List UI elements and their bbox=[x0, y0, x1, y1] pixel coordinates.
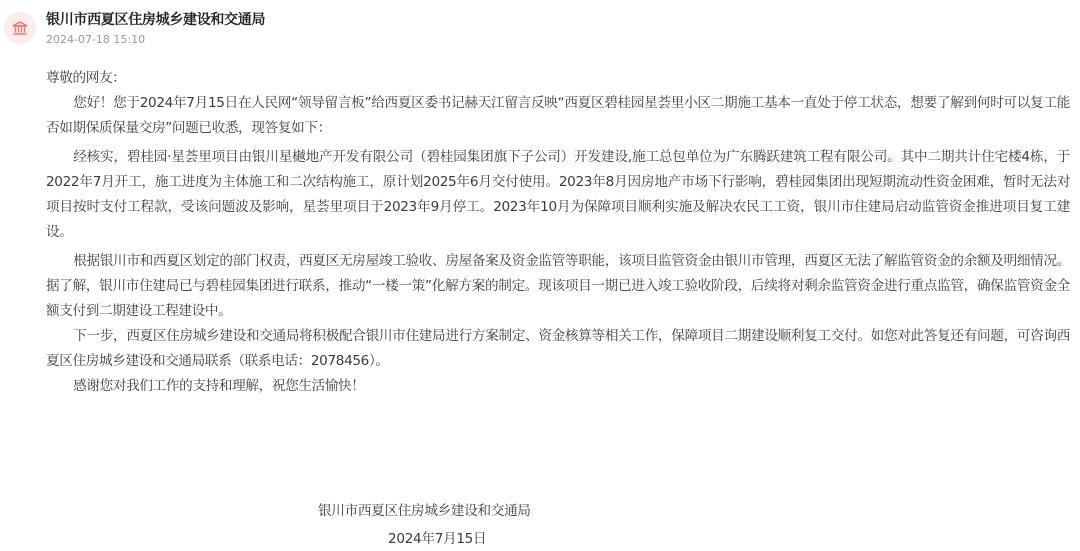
post-timestamp: 2024-07-18 15:10 bbox=[46, 32, 265, 48]
signature-block: 银川市西夏区住房城乡建设和交通局 2024年7月15日 bbox=[318, 497, 531, 551]
salutation: 尊敬的网友： bbox=[46, 66, 1070, 91]
avatar[interactable] bbox=[4, 12, 36, 44]
reply-paragraph: 经核实，碧桂园·星荟里项目由银川星樾地产开发有限公司（碧桂园集团旗下子公司）开发… bbox=[46, 145, 1070, 245]
reply-paragraph: 下一步，西夏区住房城乡建设和交通局将积极配合银川市住建局进行方案制定、资金核算等… bbox=[46, 324, 1070, 374]
signature-org: 银川市西夏区住房城乡建设和交通局 bbox=[318, 497, 531, 525]
reply-paragraph: 您好！您于2024年7月15日在人民网“领导留言板”给西夏区委书记赫天江留言反映… bbox=[46, 91, 1070, 141]
reply-paragraph: 感谢您对我们工作的支持和理解，祝您生活愉快！ bbox=[46, 374, 1070, 399]
signature-date: 2024年7月15日 bbox=[318, 525, 531, 551]
government-building-icon bbox=[11, 19, 29, 37]
reply-body: 尊敬的网友： 您好！您于2024年7月15日在人民网“领导留言板”给西夏区委书记… bbox=[46, 66, 1070, 399]
reply-header: 银川市西夏区住房城乡建设和交通局 2024-07-18 15:10 bbox=[4, 10, 265, 50]
org-name[interactable]: 银川市西夏区住房城乡建设和交通局 bbox=[46, 10, 265, 30]
reply-paragraph: 根据银川市和西夏区划定的部门权责，西夏区无房屋竣工验收、房屋备案及资金监管等职能… bbox=[46, 249, 1070, 324]
